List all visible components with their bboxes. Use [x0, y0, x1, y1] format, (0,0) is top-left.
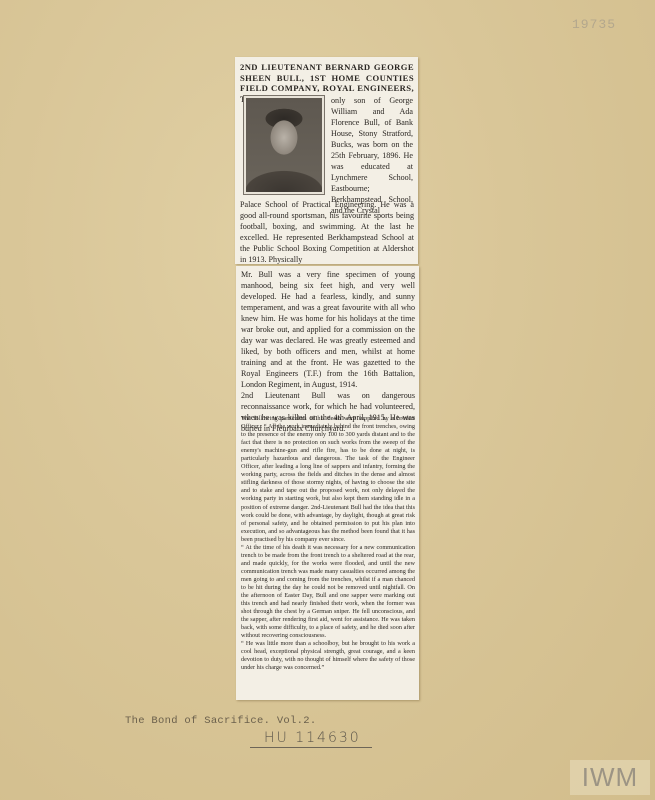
- paragraph-physique: Mr. Bull was a very fine specimen of you…: [241, 269, 415, 390]
- officer-account: The following particulars of his death w…: [241, 415, 415, 673]
- catalogue-reference: HU 114630: [264, 730, 361, 746]
- portrait-photo: [243, 95, 325, 195]
- bio-beside-photo: only son of George William and Ada Flore…: [331, 95, 413, 216]
- clipping-bottom: Mr. Bull was a very fine specimen of you…: [236, 266, 419, 700]
- bio-body: Mr. Bull was a very fine specimen of you…: [241, 269, 415, 434]
- clipping-top: 2nd Lieutenant Bernard George Sheen Bull…: [235, 57, 418, 264]
- account-part-1: The following particulars of his death w…: [241, 415, 415, 544]
- reference-underline: [250, 747, 372, 748]
- account-part-2: “ At the time of his death it was necess…: [241, 544, 415, 641]
- bio-continuation: Palace School of Practical Engineering. …: [240, 199, 414, 265]
- portrait-image: [246, 98, 322, 192]
- iwm-watermark: IWM: [570, 760, 650, 795]
- account-part-3: “ He was little more than a schoolboy, b…: [241, 640, 415, 672]
- source-caption: The Bond of Sacrifice. Vol.2.: [125, 715, 316, 727]
- board-number: 19735: [572, 17, 616, 32]
